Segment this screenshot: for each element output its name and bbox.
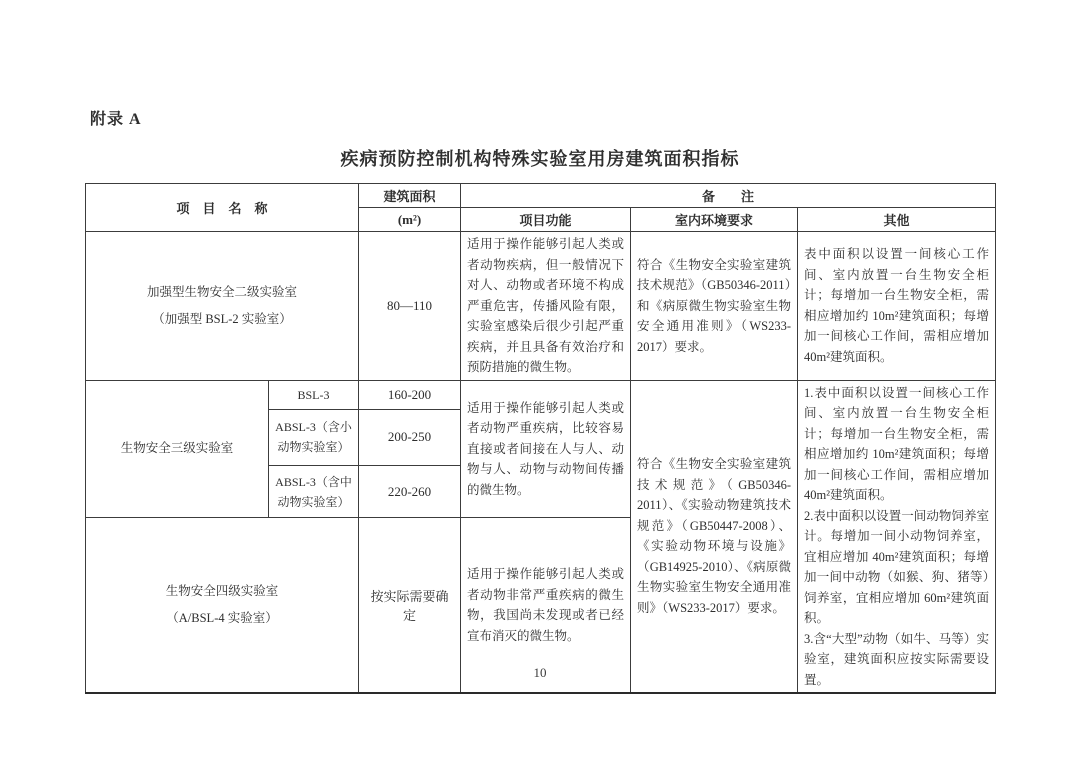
col-header-environment: 室内环境要求 [631,208,798,232]
header-row-1: 项 目 名 称 建筑面积 备 注 [86,184,996,208]
col-header-other: 其他 [798,208,996,232]
bsl2-name: 加强型生物安全二级实验室 （加强型 BSL-2 实验室） [86,232,359,381]
bsl2-function: 适用于操作能够引起人类或者动物疾病，但一般情况下对人、动物或者环境不构成严重危害… [461,232,631,381]
col-header-function: 项目功能 [461,208,631,232]
spec-table-container: 项 目 名 称 建筑面积 备 注 (m²) 项目功能 室内环境要求 其他 加强型… [85,183,996,694]
bsl3-subtype-2: ABSL-3（含中 动物实验室） [269,465,359,518]
col-header-remark: 备 注 [461,184,996,208]
table-row-bsl2: 加强型生物安全二级实验室 （加强型 BSL-2 实验室） 80—110 适用于操… [86,232,996,381]
bsl3-bsl4-other: 1.表中面积以设置一间核心工作间、室内放置一台生物安全柜计；每增加一台生物安全柜… [798,380,996,693]
bsl3-area-1: 200-250 [359,409,461,465]
bsl3-bsl4-environment: 符合《生物安全实验室建筑技术规范》（GB50346-2011）、《实验动物建筑技… [631,380,798,693]
table-row-bsl3-a: 生物安全三级实验室 BSL-3 160-200 适用于操作能够引起人类或者动物严… [86,380,996,409]
bsl3-subtype-1: ABSL-3（含小 动物实验室） [269,409,359,465]
document-page: 附录 A 疾病预防控制机构特殊实验室用房建筑面积指标 项 目 名 称 建筑面积 … [0,0,1080,763]
bsl3-function: 适用于操作能够引起人类或者动物严重疾病，比较容易直接或者间接在人与人、动物与人、… [461,380,631,518]
bsl3-name: 生物安全三级实验室 [86,380,269,518]
bsl2-area: 80—110 [359,232,461,381]
col-header-name: 项 目 名 称 [86,184,359,232]
bsl3-area-2: 220-260 [359,465,461,518]
page-title: 疾病预防控制机构特殊实验室用房建筑面积指标 [0,145,1080,171]
col-header-area-unit: (m²) [359,208,461,232]
spec-table: 项 目 名 称 建筑面积 备 注 (m²) 项目功能 室内环境要求 其他 加强型… [85,183,996,694]
appendix-label: 附录 A [90,106,142,129]
page-number: 10 [0,665,1080,681]
bsl2-environment: 符合《生物安全实验室建筑技术规范》（GB50346-2011）和《病原微生物实验… [631,232,798,381]
col-header-area-title: 建筑面积 [359,184,461,208]
bsl3-area-0: 160-200 [359,380,461,409]
bsl2-other: 表中面积以设置一间核心工作间、室内放置一台生物安全柜计；每增加一台生物安全柜，需… [798,232,996,381]
bsl3-subtype-0: BSL-3 [269,380,359,409]
